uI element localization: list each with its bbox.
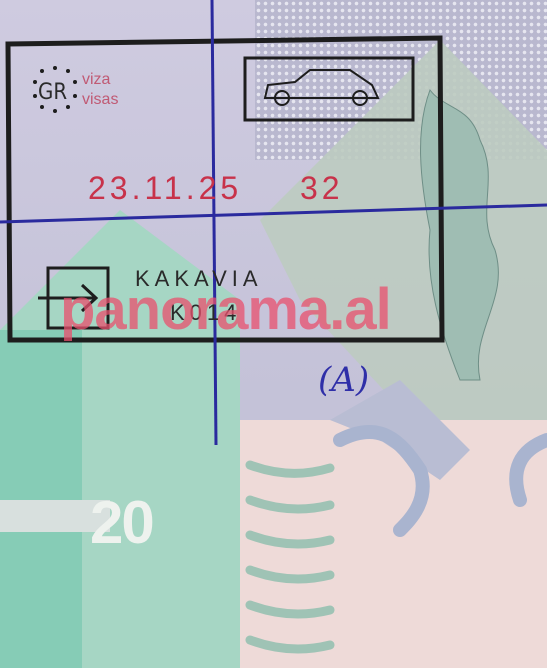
- stamp-sequence: 32: [300, 170, 344, 207]
- watermark: panorama.al: [60, 276, 391, 343]
- stamp-date: 23.11.25: [88, 170, 242, 207]
- handwritten-note: (A): [318, 360, 369, 400]
- stamp-label-line1: viza: [82, 70, 118, 90]
- stamp-label: viza visas: [82, 70, 118, 110]
- country-code: GR: [38, 80, 67, 105]
- background-numeral: 20: [90, 488, 153, 557]
- stamp-label-line2: visas: [82, 90, 118, 110]
- car-icon: [265, 70, 378, 105]
